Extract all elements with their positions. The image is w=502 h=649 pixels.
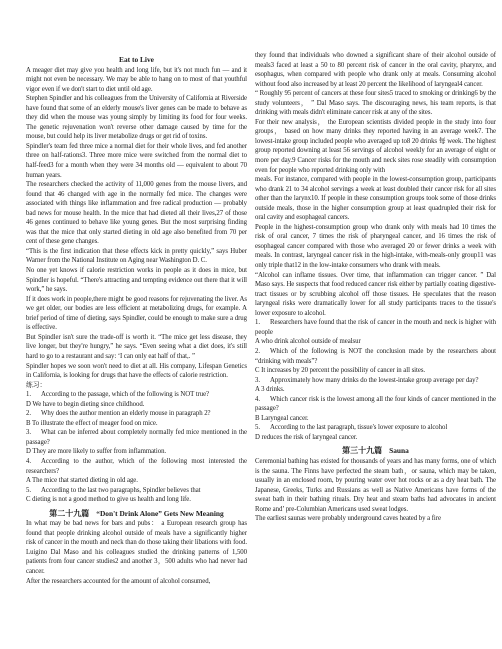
question-text: Why does the author mention an elderly m…	[41, 410, 211, 417]
question-number: 3.	[26, 429, 31, 436]
paragraph: they found that individuals who downed a…	[255, 51, 496, 89]
passage-number: 第二十九篇	[49, 509, 89, 518]
answer-option: D reduces the risk of laryngeal cancer.	[255, 433, 496, 443]
paragraph: In what may be bad news for bars and pub…	[26, 519, 247, 576]
question: 3.What can be inferred about completely …	[26, 428, 247, 447]
question: 5.According to the last paragraph, tissu…	[255, 423, 496, 433]
paragraph: meals. For instance, compared with peopl…	[255, 175, 496, 223]
question-number: 5.	[255, 424, 260, 431]
answer-option: B Laryngeal cancer.	[255, 414, 496, 424]
passage-title-text: Eat to Live	[119, 55, 154, 64]
paragraph: Ceremonial bathing has existed for thous…	[255, 457, 496, 514]
passage-title: Eat to Live	[26, 55, 247, 65]
question: 2.Why does the author mention an elderly…	[26, 409, 247, 419]
question: 5.According to the last two paragraphs, …	[26, 486, 247, 496]
paragraph: Spindler hopes we soon won't need to die…	[26, 362, 247, 381]
passage-title-text: “Don't Drink Alone” Gets New Meaning	[96, 509, 224, 518]
document-page: Eat to LiveA meager diet may give you he…	[0, 0, 502, 649]
paragraph: People in the highest-consumption group …	[255, 223, 496, 271]
question-number: 1.	[255, 319, 260, 326]
paragraph: A meager diet may give you health and lo…	[26, 66, 247, 95]
question-number: 1.	[26, 391, 31, 398]
question-number: 4.	[26, 458, 31, 465]
question: 2.Which of the following is NOT the conc…	[255, 347, 496, 366]
question-number: 5.	[26, 487, 31, 494]
answer-option: A 3 drinks.	[255, 385, 496, 395]
answer-option: C It increases by 20 percent the possibi…	[255, 366, 496, 376]
question-text: According to the last two paragraphs, Sp…	[41, 487, 201, 494]
paragraph: “This is the first indication that these…	[26, 247, 247, 266]
question-text: According to the passage, which of the f…	[41, 391, 209, 398]
question-text: Researchers have found that the risk of …	[255, 319, 496, 336]
question-text: According to the author, which of the fo…	[26, 458, 247, 475]
left-column: Eat to LiveA meager diet may give you he…	[26, 51, 247, 649]
question: 1.Researchers have found that the risk o…	[255, 318, 496, 337]
question-number: 2.	[255, 348, 260, 355]
paragraph: Spindler's team fed three mice a normal …	[26, 142, 247, 180]
question: 4.According to the author, which of the …	[26, 457, 247, 476]
answer-option: A The mice that started dieting in old a…	[26, 476, 247, 486]
question-number: 4.	[255, 396, 260, 403]
question-text: Which cancer risk is the lowest among al…	[255, 396, 496, 413]
paragraph: No one yet knows if calorie restriction …	[26, 266, 247, 295]
paragraph: The earliest saunas were probably underg…	[255, 514, 496, 524]
question-number: 3.	[255, 377, 260, 384]
question-text: Which of the following is NOT the conclu…	[255, 348, 496, 365]
paragraph: “ Roughly 95 percent of cancers at these…	[255, 89, 496, 118]
answer-option: C dieting is not a good method to give u…	[26, 495, 247, 505]
exercise-label: 练习：	[26, 381, 247, 391]
passage-title: 第三十九篇Sauna	[255, 446, 496, 456]
paragraph: For their new analysis， the European sci…	[255, 118, 496, 175]
question: 4.Which cancer risk is the lowest among …	[255, 395, 496, 414]
paragraph: After the researchers accounted for the …	[26, 577, 247, 587]
paragraph: The researchers checked the activity of …	[26, 180, 247, 247]
question-text: Approximately how many drinks do the low…	[270, 377, 479, 384]
right-column: they found that individuals who downed a…	[255, 51, 496, 649]
answer-option: D We have to begin dieting since childho…	[26, 400, 247, 410]
question-number: 2.	[26, 410, 31, 417]
question-text: According to the last paragraph, tissue'…	[270, 424, 447, 431]
passage-title: 第二十九篇“Don't Drink Alone” Gets New Meanin…	[26, 509, 247, 519]
answer-option: D They are more likely to suffer from in…	[26, 447, 247, 457]
paragraph: “Alcohol can inflame tissues. Over time,…	[255, 271, 496, 319]
question-text: What can be inferred about completely no…	[26, 429, 247, 446]
question: 3.Approximately how many drinks do the l…	[255, 376, 496, 386]
paragraph: Stephen Spindler and his colleagues from…	[26, 94, 247, 142]
passage-number: 第三十九篇	[342, 446, 382, 455]
question: 1.According to the passage, which of the…	[26, 390, 247, 400]
paragraph: But Spindler isn't sure the trade-off is…	[26, 333, 247, 362]
answer-option: B To illustrate the effect of meager foo…	[26, 419, 247, 429]
paragraph: If it does work in people,there might be…	[26, 295, 247, 333]
answer-option: A who drink alcohol outside of mealsur	[255, 337, 496, 347]
passage-title-text: Sauna	[389, 446, 409, 455]
